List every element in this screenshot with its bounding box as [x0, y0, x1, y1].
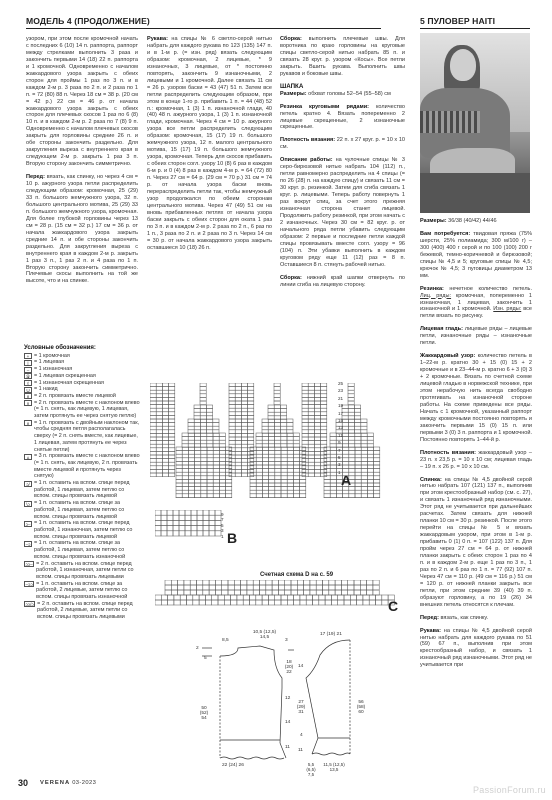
- legend-symbol-icon: –ↄ: [24, 541, 32, 547]
- body-neck-drop: 2: [196, 646, 199, 651]
- legend-item: \ↄ= 1 п. оставить на вспом. спице за раб…: [24, 500, 140, 520]
- back-text: на спицы № 4,5 двойной серой нитью набра…: [420, 477, 532, 608]
- legend-item: –= 1 изнаночная: [24, 366, 140, 373]
- model-photo: [420, 33, 530, 213]
- hat-assembly-title: Сборка:: [280, 275, 302, 281]
- legend-symbol-icon: \ↄ: [24, 501, 32, 507]
- front: Перед: вязать, как спинку.: [420, 615, 532, 622]
- jacquard-text: количество петель в 1–22-м р. кратно 30 …: [420, 353, 532, 442]
- sleeves-text: на спицы № 6 светло-серой нитью набрать …: [147, 36, 272, 251]
- sweater-sizes-text: 36/38 (40/42) 44/46: [447, 218, 497, 224]
- sleeve-bottom-left: 5,5 (6,5) 7,5: [303, 762, 319, 777]
- sleeve-total: 56 (58) 60: [356, 700, 366, 715]
- legend-item: ↄ–= 1 п. оставить на вспом. спице перед …: [24, 520, 140, 540]
- front4-text: вязать, как спинку.: [439, 615, 488, 621]
- rib-title: Резинка:: [420, 286, 444, 292]
- legend-text: = 1 п. оставить на вспом. спице за работ…: [34, 500, 140, 520]
- legend-item: –ↄↄ= 1 п. оставить на вспом. спице за ра…: [24, 581, 140, 601]
- legend-symbol-icon: ↄↄ–: [24, 561, 34, 567]
- column-1: узором, при этом после кромочной начать …: [26, 36, 138, 291]
- row-number: 21: [338, 395, 343, 402]
- row-number: 1: [221, 534, 224, 539]
- legend-item: ↄↄ/ↄ= 2 п. оставить на вспом. спице пере…: [24, 601, 140, 621]
- legend-text: = 2 п. провязать вместе с наклоном влево…: [34, 400, 140, 420]
- legend-symbol-icon: |: [24, 360, 32, 366]
- watermark: PassionForum.ru: [473, 785, 546, 795]
- sweater-gauge: Плотность вязания: жаккардовый узор – 23…: [420, 450, 532, 471]
- sweater-sizes-title: Размеры:: [420, 218, 447, 224]
- chart-b-label: B: [227, 530, 237, 546]
- legend-symbol-icon: –ↄↄ: [24, 581, 34, 587]
- rib-text-a: нечетное количество петель.: [444, 286, 532, 292]
- chart-c-label: C: [388, 598, 398, 614]
- legend-item: U= 1 накид: [24, 386, 140, 393]
- magazine-info: VERENA 03-2023: [40, 780, 96, 786]
- rib-pattern: Резинка: нечетное количество петель. Лиц…: [420, 286, 532, 321]
- legend-items: += 1 кромочная|= 1 лицевая–= 1 изнаночна…: [24, 353, 140, 621]
- legend-text: = 2 п. оставить на вспом. спице перед ра…: [37, 601, 140, 621]
- rib-rs-label: Лиц. ряды:: [420, 293, 451, 299]
- legend-text: = 1 п. оставить на вспом. спице перед ра…: [34, 480, 140, 500]
- legend-text: = 3 п. провязать вместе с наклоном влево…: [34, 453, 140, 480]
- chart-a: [150, 383, 400, 498]
- sleeve-cuff-gap: 4: [300, 733, 303, 738]
- chart-b: [155, 510, 230, 560]
- legend-text: = 2 п. оставить на вспом. спице перед ра…: [36, 561, 140, 581]
- hat-gauge-title: Плотность вязания:: [280, 137, 335, 143]
- legend-symbol-icon: ⩓: [24, 454, 32, 460]
- hat-work-text: на чулочные спицы № 3 серо-бирюзовой нит…: [280, 157, 405, 267]
- col2-paragraph-sleeves: Рукава: на спицы № 6 светло-серой нитью …: [147, 36, 272, 252]
- legend-text: = 2 п. провязать вместе лицевой: [34, 393, 140, 400]
- row-number: 15: [338, 417, 343, 424]
- sleeves4-title: Рукава:: [420, 628, 441, 634]
- body-total-length: 50 (52) 54: [198, 706, 210, 721]
- legend-item: Ջ= 1 лицевая скрещенная: [24, 373, 140, 380]
- body-shoulder-left: 8,5: [222, 638, 229, 643]
- column-3: Сборка: выполнить плечевые швы. Для воро…: [280, 36, 405, 295]
- assembly-paragraph: Сборка: выполнить плечевые швы. Для воро…: [280, 36, 405, 78]
- stockinette: Лицевая гладь: лицевые ряды – лицевые пе…: [420, 326, 532, 347]
- legend-item: ⩓= 3 п. провязать вместе с наклоном влев…: [24, 453, 140, 480]
- legend-symbol-icon: +: [24, 353, 32, 359]
- legend-symbol-icon: U: [24, 387, 32, 393]
- front-title: Перед:: [26, 174, 45, 180]
- materials: Вам потребуется: твидовая пряжа (75% шер…: [420, 231, 532, 280]
- hat-sizes-title: Размеры:: [280, 91, 307, 97]
- hat-rib: Резинка круговыми рядами: количество пет…: [280, 104, 405, 132]
- legend-text: = 1 п. провязать с двойным наклоном так,…: [34, 420, 140, 454]
- legend-symbol-icon: ↄ/: [24, 481, 32, 487]
- back-title: Спинка:: [420, 477, 442, 483]
- sleeves4-text: на спицы № 4,5 двойной серой нитью набра…: [420, 628, 532, 669]
- legend-text: = 1 изнаночная скрещенная: [34, 380, 140, 387]
- legend-text: = 1 накид: [34, 386, 140, 393]
- back: Спинка: на спицы № 4,5 двойной серой нит…: [420, 477, 532, 609]
- section-header-left: МОДЕЛЬ 4 (ПРОДОЛЖЕНИЕ): [26, 13, 381, 29]
- section-header-right: 5 ПУЛОВЕР HAITI: [420, 13, 530, 29]
- column-2: Рукава: на спицы № 6 светло-серой нитью …: [147, 36, 272, 258]
- row-number: 19: [338, 402, 343, 409]
- chart-d-caption: Счетная схема D на с. 59: [260, 572, 333, 578]
- sweater-gauge-title: Плотность вязания:: [420, 450, 476, 456]
- sweater-sizes: Размеры: 36/38 (40/42) 44/46: [420, 218, 532, 225]
- legend-item: ↄ/= 1 п. оставить на вспом. спице перед …: [24, 480, 140, 500]
- legend-symbol-icon: ℓ: [24, 380, 32, 386]
- column-4: Размеры: 36/38 (40/42) 44/46 Вам потребу…: [420, 218, 532, 675]
- assembly-text: выполнить плечевые швы. Для воротника по…: [280, 36, 405, 77]
- body-top-width: 10,5 (12,5) 14,5: [252, 630, 277, 640]
- col1-paragraph-front: Перед: вязать, как спинку, но через 4 см…: [26, 174, 138, 285]
- legend-symbol-icon: ∧: [24, 393, 32, 399]
- hat-gauge: Плотность вязания: 22 п. x 27 круг. р. =…: [280, 137, 405, 151]
- legend: Условные обозначения: += 1 кромочная|= 1…: [24, 345, 140, 621]
- sleeves4: Рукава: на спицы № 4,5 двойной серой нит…: [420, 628, 532, 670]
- row-number: 9: [338, 439, 343, 446]
- hat-rib-title: Резинка круговыми рядами:: [280, 104, 369, 110]
- legend-symbol-icon: Ջ: [24, 373, 32, 379]
- front4-title: Перед:: [420, 615, 439, 621]
- legend-text: = 1 лицевая: [34, 359, 140, 366]
- jacquard-title: Жаккардовый узор:: [420, 353, 475, 359]
- chart-b-row-numbers: 97531: [221, 512, 224, 539]
- body-bottom-width: 22 (24) 26: [222, 763, 244, 768]
- legend-symbol-icon: ↄↄ/ↄ: [24, 601, 35, 607]
- legend-symbol-icon: ↄ–: [24, 521, 32, 527]
- body-schematic: [190, 628, 300, 778]
- sleeve-cuff: 11: [298, 748, 303, 753]
- row-number: 7: [338, 447, 343, 454]
- row-number: 17: [338, 410, 343, 417]
- sleeves-title: Рукава:: [147, 36, 168, 42]
- body-shoulder-right: 3: [285, 638, 288, 643]
- materials-title: Вам потребуется:: [420, 231, 470, 237]
- stockinette-title: Лицевая гладь:: [420, 326, 463, 332]
- legend-item: ∧= 1 п. провязать с двойным наклоном так…: [24, 420, 140, 454]
- hat-work-title: Описание работы:: [280, 157, 333, 163]
- magazine-issue: 03-2023: [72, 780, 96, 786]
- row-number: 1: [338, 469, 343, 476]
- row-number: 11: [338, 432, 343, 439]
- assembly-title: Сборка:: [280, 36, 302, 42]
- legend-item: ℓ= 1 изнаночная скрещенная: [24, 380, 140, 387]
- legend-text: = 1 п. оставить на вспом. спице перед ра…: [34, 520, 140, 540]
- legend-text: = 1 п. оставить на вспом. спице за работ…: [34, 540, 140, 560]
- front-text: вязать, как спинку, но через 4 см = 10 р…: [26, 174, 138, 284]
- hat-sizes-text: обхват головы 52–54 (55–58) см: [307, 91, 391, 97]
- rib-ws-label: Изн. ряды:: [493, 306, 521, 312]
- materials-text: твидовая пряжа (75% шерсти, 25% полиамид…: [420, 231, 532, 279]
- jacquard: Жаккардовый узор: количество петель в 1–…: [420, 353, 532, 443]
- sleeve-top: 17 (19) 21: [320, 632, 342, 637]
- chart-c: [155, 580, 405, 612]
- legend-item: –ↄ= 1 п. оставить на вспом. спице за раб…: [24, 540, 140, 560]
- legend-text: = 1 изнаночная: [34, 366, 140, 373]
- row-number: 5: [338, 454, 343, 461]
- sleeve-length: 27 (29) 31: [296, 700, 306, 715]
- row-number: 13: [338, 424, 343, 431]
- chart-a-row-numbers: 252321191715131197531: [338, 380, 343, 476]
- row-number: 3: [338, 461, 343, 468]
- legend-symbol-icon: ∨: [24, 400, 32, 406]
- hat-sizes: Размеры: обхват головы 52–54 (55–58) см: [280, 91, 405, 98]
- hat-title: ШАПКА: [280, 84, 405, 91]
- body-neck-depth: 5: [204, 656, 207, 661]
- legend-item: |= 1 лицевая: [24, 359, 140, 366]
- row-number: 25: [338, 380, 343, 387]
- sleeve-cap: 14: [298, 664, 303, 669]
- legend-title: Условные обозначения:: [24, 345, 140, 352]
- hat-assembly: Сборка: нижний край шапки отвернуть по л…: [280, 275, 405, 289]
- page-number: 30: [18, 778, 28, 788]
- legend-symbol-icon: –: [24, 367, 32, 373]
- legend-text: = 1 лицевая скрещенная: [34, 373, 140, 380]
- row-number: 23: [338, 387, 343, 394]
- col1-paragraph-1: узором, при этом после кромочной начать …: [26, 36, 138, 168]
- hat-work: Описание работы: на чулочные спицы № 3 с…: [280, 157, 405, 268]
- legend-item: += 1 кромочная: [24, 353, 140, 360]
- legend-symbol-icon: ∧: [24, 420, 32, 426]
- legend-text: = 1 кромочная: [34, 353, 140, 360]
- magazine-name: VERENA: [40, 780, 70, 786]
- sleeve-bottom-right: 11,5 (12,5) 13,5: [322, 762, 346, 772]
- legend-item: ∨= 2 п. провязать вместе с наклоном влев…: [24, 400, 140, 420]
- legend-item: ∧= 2 п. провязать вместе лицевой: [24, 393, 140, 400]
- legend-item: ↄↄ–= 2 п. оставить на вспом. спице перед…: [24, 561, 140, 581]
- legend-text: = 1 п. оставить на вспом. спице за работ…: [36, 581, 140, 601]
- row-number: 3: [221, 528, 224, 533]
